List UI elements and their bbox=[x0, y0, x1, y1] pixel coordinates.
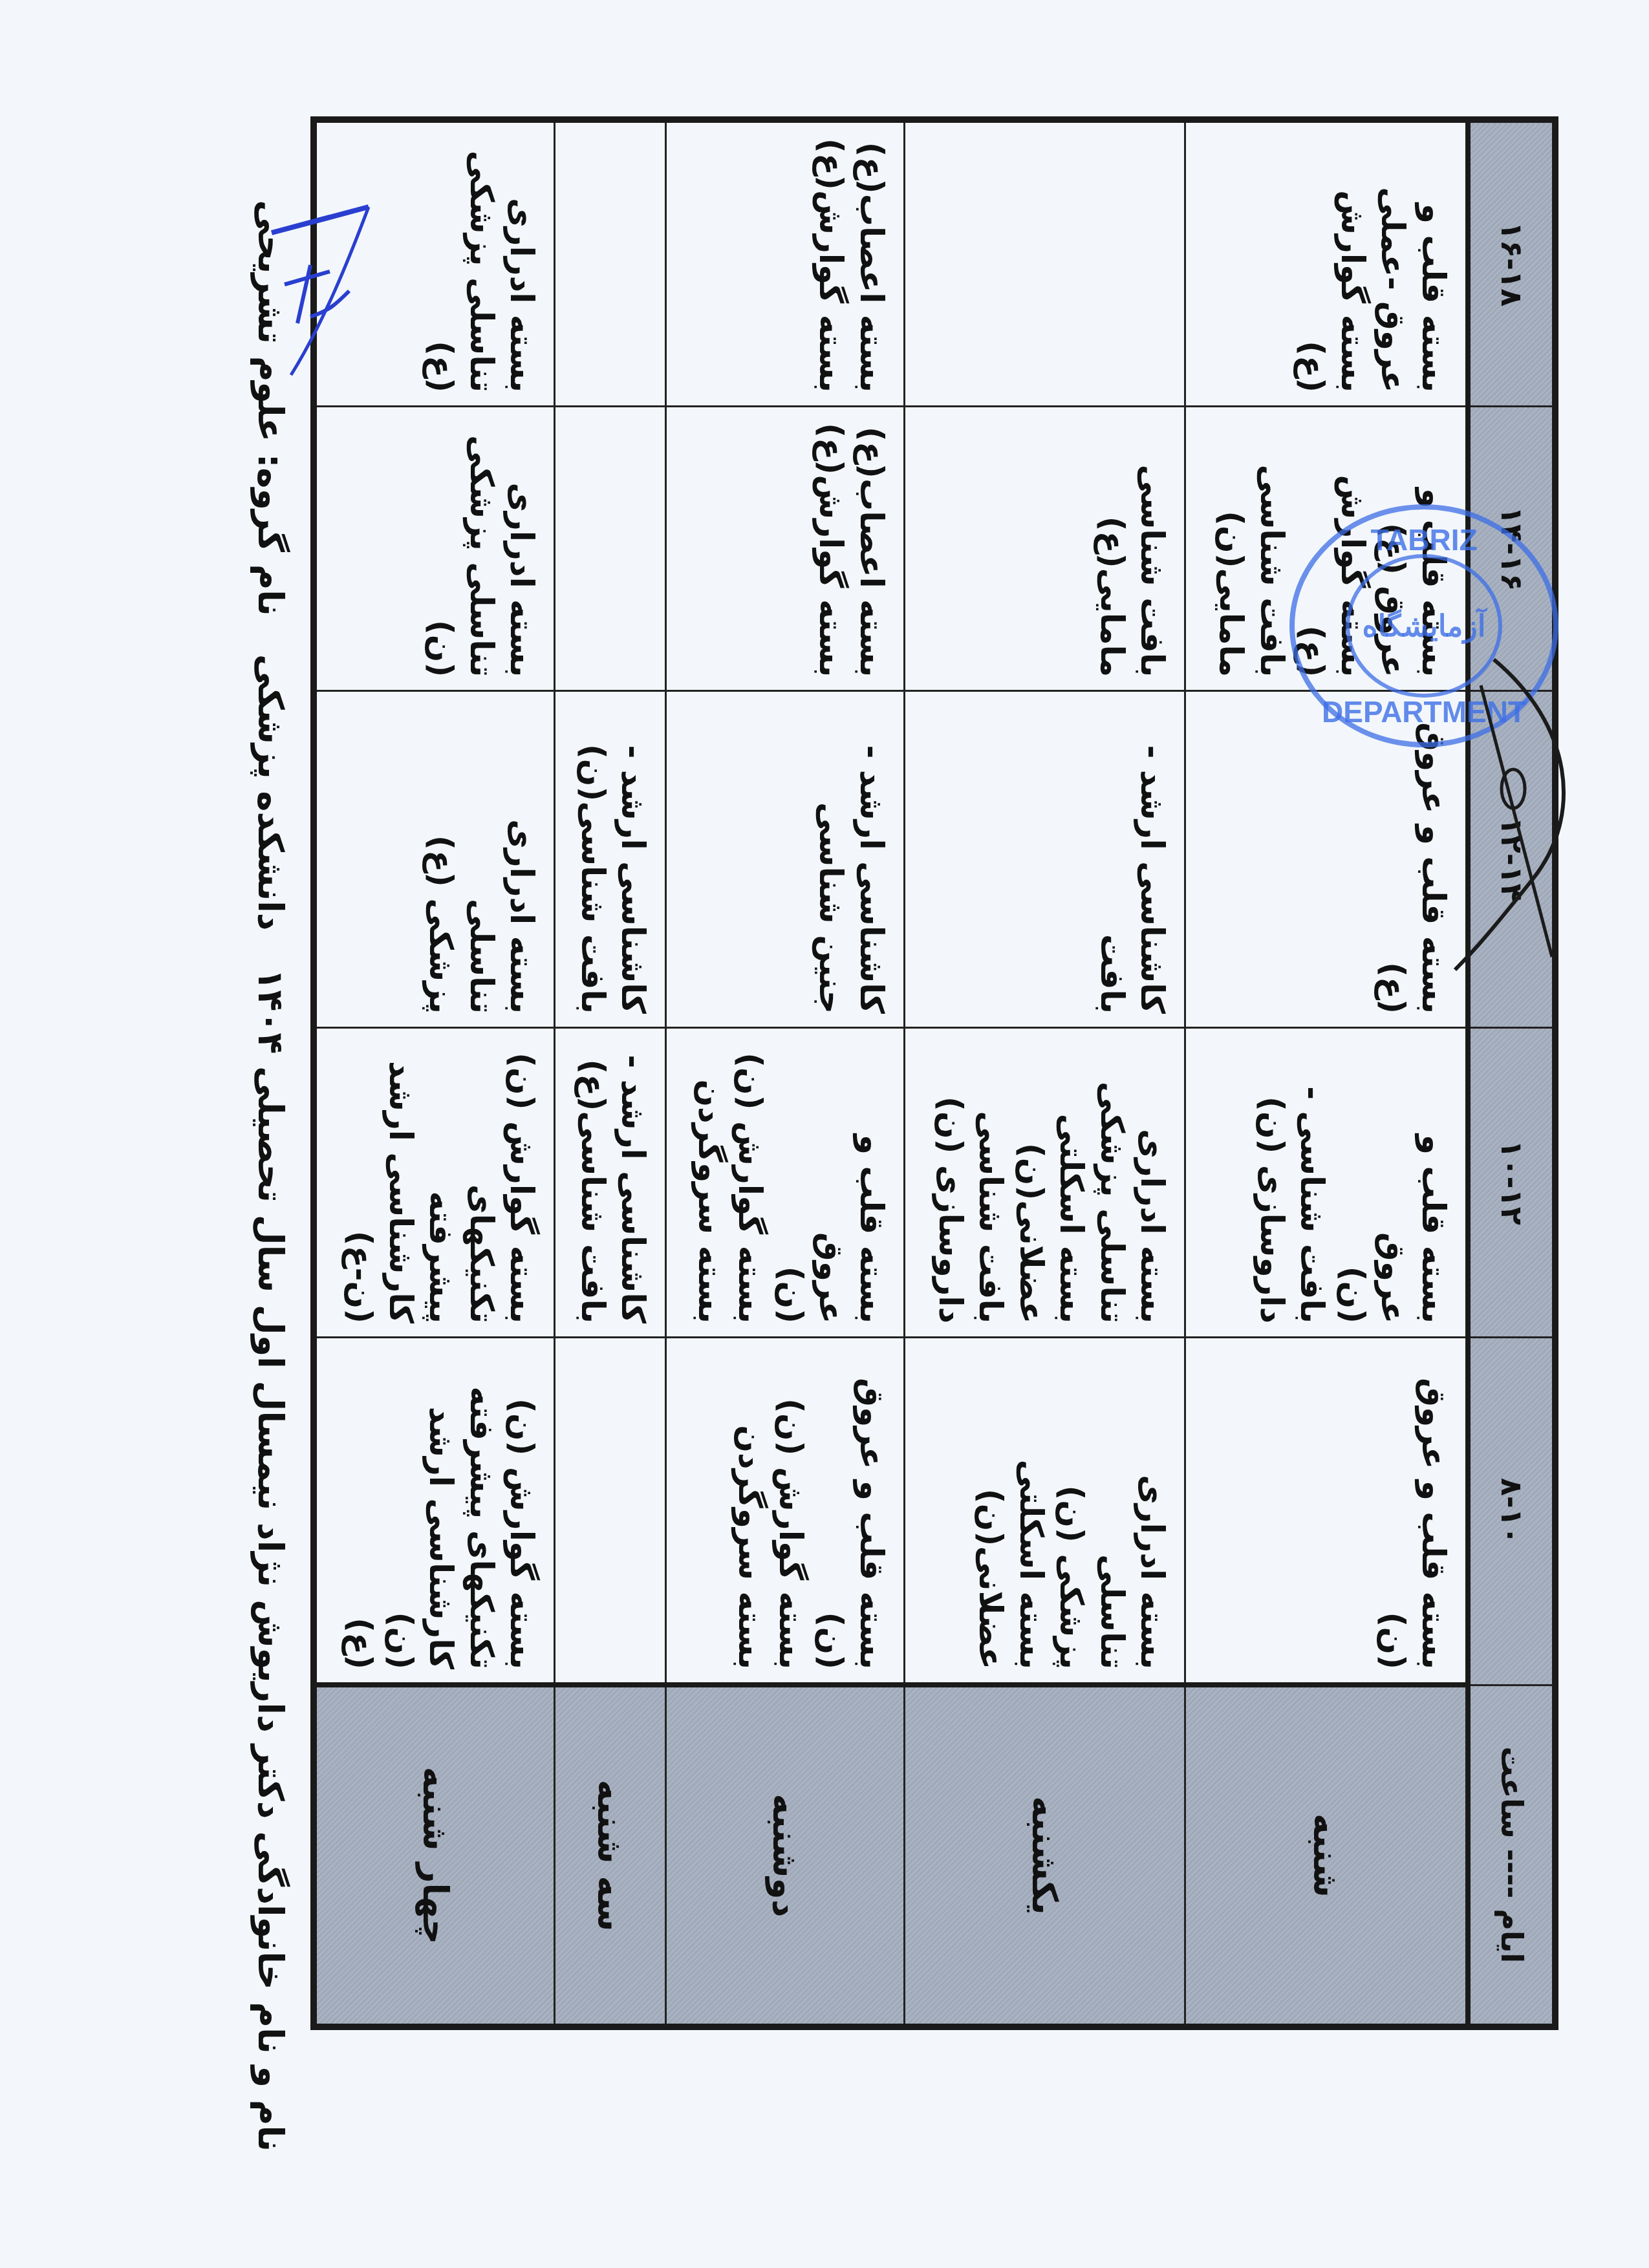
schedule-row: چهار شنبهبسته گوارش (ن)تکنیکهای پیشرفتهک… bbox=[314, 120, 555, 2027]
schedule-row: شنبهبسته قلب و عروق(ن)بسته قلب و عروق(ن)… bbox=[1185, 120, 1468, 2027]
course-line: بسته قلب و عروق bbox=[811, 1042, 892, 1323]
schedule-cell: بسته قلب و عروق(ن) bbox=[1185, 1338, 1468, 1685]
course-line: بسته ادراری bbox=[502, 136, 543, 392]
course-line: بسته گوارش (ن) bbox=[502, 1042, 543, 1323]
time-header-row: ایام ---- ساعت ۸-۱۰ ۱۰-۱۲ ۱۲-۱۴ ۱۴-۱۶ ۱۶… bbox=[1468, 120, 1555, 2027]
course-line: (ن) bbox=[1373, 1351, 1414, 1669]
schedule-cell: کاشناسی ارشد -جنین شناسی bbox=[666, 691, 905, 1028]
schedule-cell: بسته ادراریتناسلی پزشکیبسته اسکلتیعضلانی… bbox=[905, 1028, 1185, 1338]
schedule-cell: بسته قلب وعروق -عملیبسته گوارش (ع) bbox=[1185, 120, 1468, 407]
course-line: تناسلی پزشکی bbox=[461, 420, 502, 677]
signature-blue bbox=[259, 194, 388, 388]
weekly-schedule-table: ایام ---- ساعت ۸-۱۰ ۱۰-۱۲ ۱۲-۱۴ ۱۴-۱۶ ۱۶… bbox=[310, 116, 1558, 2030]
stamp-text-top: TABRIZ bbox=[1370, 522, 1477, 557]
schedule-cell: بسته ادراری تناسلیپزشکی (ع) bbox=[314, 691, 555, 1028]
schedule-cell: بسته قلب و عروق(ن)بسته گوارش (ن)بسته سرو… bbox=[666, 1028, 905, 1338]
schedule-row: یکشنبهبسته ادراری تناسلیپزشکی (ن)بسته اس… bbox=[905, 120, 1185, 2027]
course-line: کاشناسی ارشد - bbox=[613, 705, 654, 1014]
course-line: تکنیکهای پیشرفته bbox=[461, 1351, 502, 1669]
course-line: بسته سروگردن bbox=[730, 1351, 771, 1669]
schedule-cell bbox=[555, 120, 666, 407]
course-line: کارشناسی ارشد (ن) bbox=[380, 1351, 461, 1669]
course-line: بسته گوارش (ن) bbox=[502, 1351, 543, 1669]
course-line: کاشناسی ارشد - bbox=[1132, 705, 1173, 1014]
schedule-cell: بسته اعصاب(ع)بسته گوارش(ع) bbox=[666, 407, 905, 691]
course-line: مامایی(ع) bbox=[1092, 420, 1132, 677]
schedule-row: دوشنبهبسته قلب و عروق(ن)بسته گوارش (ن)بس… bbox=[666, 120, 905, 2027]
schedule-cell: بافت شناسیمامایی(ع) bbox=[905, 407, 1185, 691]
course-line: بافت شناسی - bbox=[1292, 1042, 1333, 1323]
course-line: پزشکی (ن) bbox=[1051, 1351, 1092, 1669]
day-label: چهار شنبه bbox=[314, 1685, 555, 2027]
course-line: کارشناسی ارشد bbox=[380, 1042, 421, 1323]
course-line: کاشناسی ارشد - bbox=[852, 705, 892, 1014]
day-label: سه شنبه bbox=[555, 1685, 666, 2027]
schedule-cell bbox=[555, 1338, 666, 1685]
course-line: بسته اعصاب(ع) bbox=[852, 420, 892, 677]
course-line: بافت شناسی bbox=[1132, 420, 1173, 677]
course-line: بسته ادراری bbox=[502, 420, 543, 677]
schedule-cell: کاشناسی ارشد -بافت شناسی(ن) bbox=[555, 691, 666, 1028]
course-line: (ع) bbox=[421, 136, 462, 392]
day-label: یکشنبه bbox=[905, 1685, 1185, 2027]
course-line: بسته قلب و عروق bbox=[1414, 1351, 1454, 1669]
course-line: تکنیکهای پیشرفته bbox=[421, 1042, 502, 1323]
course-line: (ن) bbox=[811, 1351, 852, 1669]
course-line: بافت شناسی bbox=[1252, 420, 1293, 677]
day-label: شنبه bbox=[1185, 1685, 1468, 2027]
course-line: بسته اسکلتی bbox=[1051, 1042, 1092, 1323]
time-slot-header: ۱۰-۱۲ bbox=[1468, 1028, 1555, 1338]
course-line: بسته اسکلتی bbox=[1011, 1351, 1051, 1669]
document-title: نام و نام خانوادگی دکتر داریوش نژاد نیمس… bbox=[250, 174, 291, 2152]
course-line: داروسازی (ن) bbox=[1252, 1042, 1293, 1323]
course-line: (ن) bbox=[771, 1042, 812, 1323]
course-line: (ن) bbox=[421, 420, 462, 677]
time-slot-header: ۸-۱۰ bbox=[1468, 1338, 1555, 1685]
schedule-row: سه شنبهکاشناسی ارشد -بافت شناسی(ع)کاشناس… bbox=[555, 120, 666, 2027]
course-line: پزشکی (ع) bbox=[421, 705, 462, 1014]
course-line: (ع) bbox=[1373, 705, 1414, 1014]
course-line: عضلانی(ن) bbox=[971, 1351, 1011, 1669]
time-slot-header: ۱۶-۱۸ bbox=[1468, 120, 1555, 407]
course-line: (ن) bbox=[1333, 1042, 1374, 1323]
course-line: بسته گوارش(ع) bbox=[811, 420, 852, 677]
course-line: بافت شناسی(ن) bbox=[572, 705, 613, 1014]
course-line: بافت شناسی bbox=[971, 1042, 1011, 1323]
course-line: بسته سروگردن bbox=[690, 1042, 731, 1323]
course-line: عروق -عملی bbox=[1373, 136, 1414, 392]
course-line: عضلانی(ن) bbox=[1011, 1042, 1051, 1323]
course-line: بسته قلب و عروق bbox=[1373, 1042, 1454, 1323]
schedule-cell: بسته اعصاب(ع)بسته گوارش(ع) bbox=[666, 120, 905, 407]
schedule-cell: بسته گوارش (ن)تکنیکهای پیشرفتهکارشناسی ا… bbox=[314, 1028, 555, 1338]
course-line: تناسلی پزشکی bbox=[1092, 1042, 1132, 1323]
course-line: تناسلی پزشکی bbox=[461, 136, 502, 392]
schedule-cell: کاشناسی ارشد -بافت شناسی(ع) bbox=[555, 1028, 666, 1338]
course-line: بسته اعصاب(ع) bbox=[852, 136, 892, 392]
course-line: بافت bbox=[1092, 705, 1132, 1014]
schedule-cell: بسته قلب و عروق(ن)بسته گوارش (ن)بسته سرو… bbox=[666, 1338, 905, 1685]
course-line: مامایی(ن) bbox=[1211, 420, 1252, 677]
schedule-cell bbox=[555, 407, 666, 691]
course-line: داروسازی (ن) bbox=[930, 1042, 971, 1323]
schedule-cell: کاشناسی ارشد -بافت bbox=[905, 691, 1185, 1028]
schedule-cell: بسته ادراری تناسلیپزشکی (ن)بسته اسکلتیعض… bbox=[905, 1338, 1185, 1685]
course-line: بسته ادراری تناسلی bbox=[1092, 1351, 1172, 1669]
course-line: جنین شناسی bbox=[811, 705, 852, 1014]
schedule-cell bbox=[905, 120, 1185, 407]
course-line: بافت شناسی(ع) bbox=[572, 1042, 613, 1323]
title-instructor-semester: نام و نام خانوادگی دکتر داریوش نژاد نیمس… bbox=[250, 968, 291, 2152]
schedule-body: شنبهبسته قلب و عروق(ن)بسته قلب و عروق(ن)… bbox=[314, 120, 1468, 2027]
course-line: بسته قلب و bbox=[1414, 136, 1454, 392]
schedule-cell: بسته قلب و عروق(ن)بافت شناسی -داروسازی (… bbox=[1185, 1028, 1468, 1338]
course-line: بسته گوارش (ع) bbox=[1292, 136, 1373, 392]
signature-black bbox=[1442, 647, 1610, 983]
course-line: (ن-ع) bbox=[340, 1042, 381, 1323]
document-page: نام و نام خانوادگی دکتر داریوش نژاد نیمس… bbox=[0, 0, 1649, 2268]
course-line: بسته گوارش (ن) bbox=[771, 1351, 812, 1669]
course-line: بسته ادراری bbox=[1132, 1042, 1173, 1323]
title-faculty: دانشکده پزشکی bbox=[250, 654, 291, 931]
schedule-cell: بسته گوارش (ن)تکنیکهای پیشرفتهکارشناسی ا… bbox=[314, 1338, 555, 1685]
course-line: بسته گوارش(ع) bbox=[811, 136, 852, 392]
course-line: بسته قلب و عروق bbox=[852, 1351, 892, 1669]
day-label: دوشنبه bbox=[666, 1685, 905, 2027]
course-line: (ع) bbox=[340, 1351, 381, 1669]
course-line: بسته ادراری تناسلی bbox=[461, 705, 542, 1014]
corner-header: ایام ---- ساعت bbox=[1468, 1685, 1555, 2027]
course-line: کاشناسی ارشد - bbox=[613, 1042, 654, 1323]
course-line: بسته گوارش (ن) bbox=[730, 1042, 771, 1323]
schedule-cell: بسته ادراریتناسلی پزشکی(ن) bbox=[314, 407, 555, 691]
